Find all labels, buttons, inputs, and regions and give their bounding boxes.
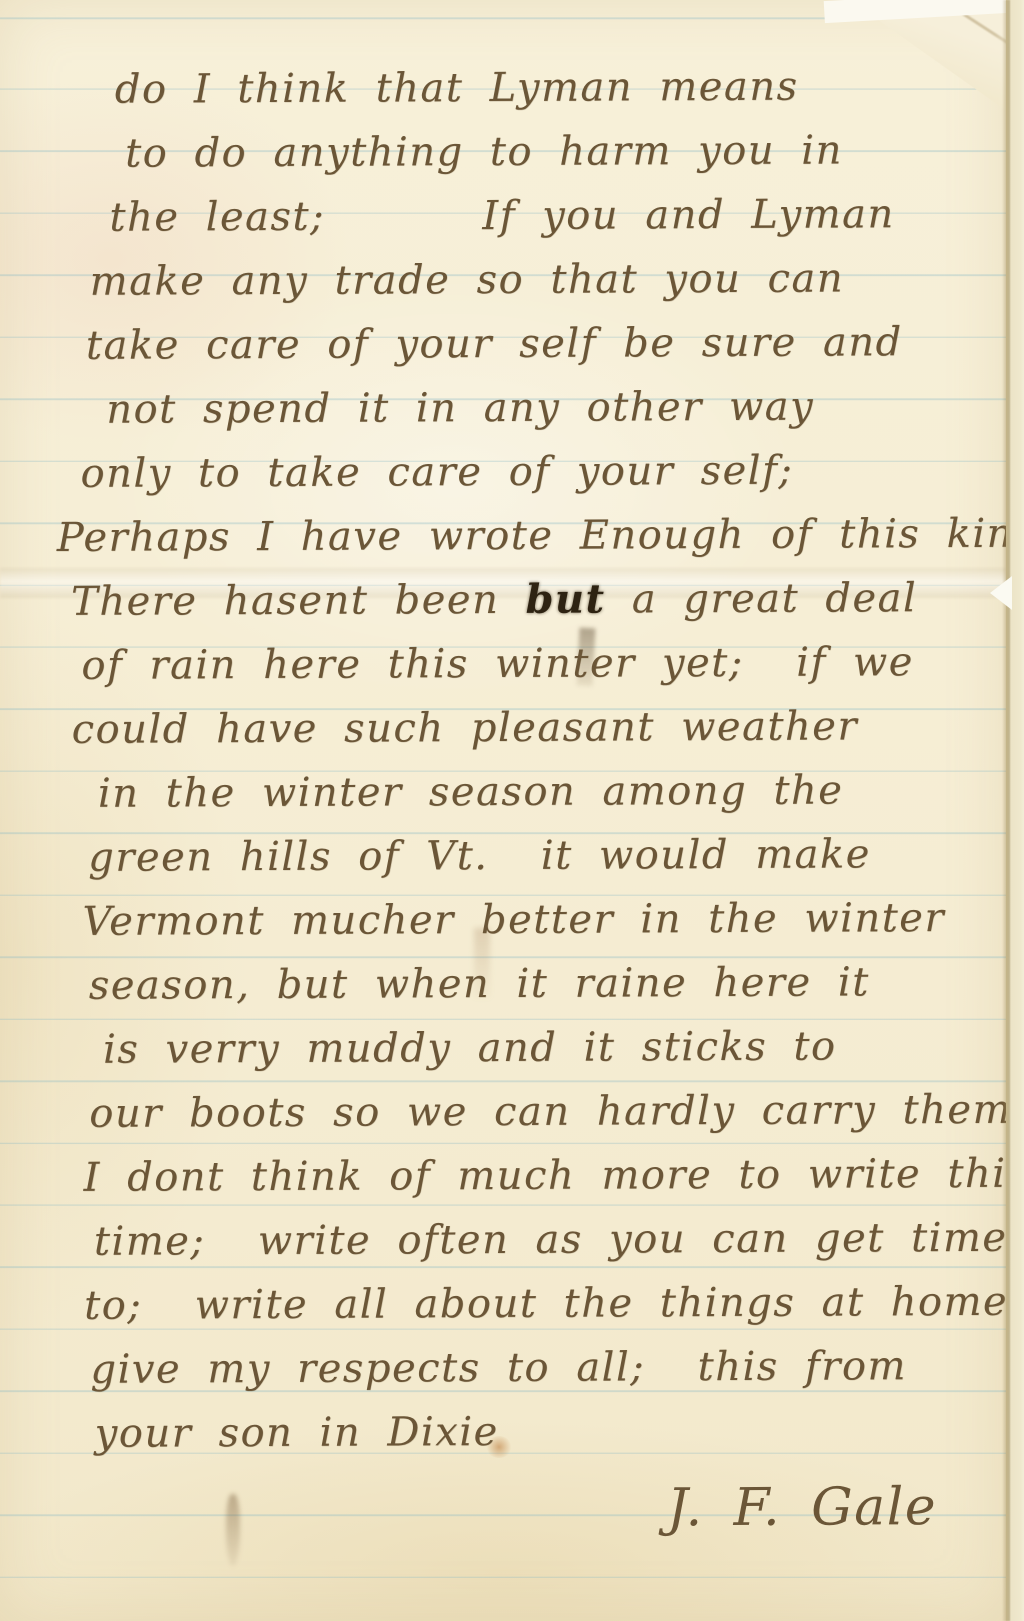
letter-line: I dont think of much more to write this <box>1 1142 1007 1210</box>
letter-line: Vermont mucher better in the winter <box>0 886 1006 954</box>
letter-line: time; write often as you can get time <box>2 1206 1008 1274</box>
letter-line: give my respects to all; this from <box>2 1334 1008 1402</box>
letter-line: the least; If you and Lyman <box>0 182 1004 250</box>
letter-line: There hasent been but a great deal <box>0 566 1005 634</box>
letter-text: do I think that Lyman means to do anythi… <box>0 54 1009 1556</box>
page-right-edge <box>1002 0 1010 1621</box>
letter-line: our boots so we can hardly carry them. <box>1 1078 1007 1146</box>
letter-line: to do anything to harm you in <box>0 118 1003 186</box>
scanned-letter: do I think that Lyman means to do anythi… <box>0 0 1024 1621</box>
letter-line: do I think that Lyman means <box>0 54 1003 122</box>
letter-line: Perhaps I have wrote Enough of this kind <box>0 502 1005 570</box>
signature: J. F. Gale <box>3 1462 1009 1556</box>
letter-line: to; write all about the things at home. <box>2 1270 1008 1338</box>
letter-line: is verry muddy and it sticks to <box>1 1014 1007 1082</box>
line-segment: a great deal <box>605 575 917 622</box>
letter-line: your son in Dixie <box>3 1398 1009 1466</box>
letter-line: only to take care of your self; <box>0 438 1005 506</box>
letter-line: make any trade so that you can <box>0 246 1004 314</box>
letter-line: take care of your self be sure and <box>0 310 1004 378</box>
letter-line: green hills of Vt. it would make <box>0 822 1006 890</box>
blotted-word: but <box>525 576 605 623</box>
letter-line: of rain here this winter yet; if we <box>0 630 1006 698</box>
letter-line: season, but when it raine here it <box>1 950 1007 1018</box>
letter-line: could have such pleasant weather <box>0 694 1006 762</box>
edge-tear-notch <box>990 576 1012 610</box>
letter-line: not spend it in any other way <box>0 374 1004 442</box>
line-segment: There hasent been <box>71 577 526 625</box>
letter-line: in the winter season among the <box>0 758 1006 826</box>
